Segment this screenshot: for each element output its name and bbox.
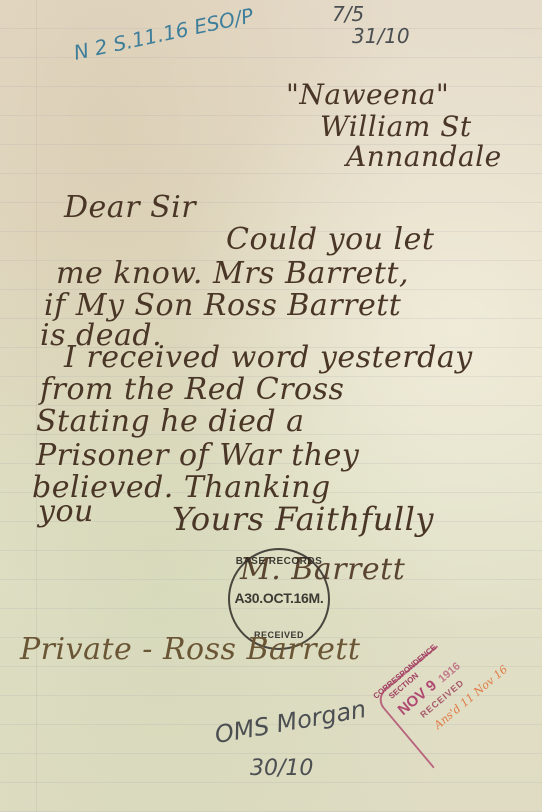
closing: Yours Faithfully	[172, 500, 434, 538]
address-house-name: "Naweena"	[286, 78, 449, 111]
stamp-top-text: BASE RECORDS	[230, 556, 328, 567]
subject-line: Private - Ross Barrett	[20, 632, 360, 667]
letter-page: N 2 S.11.16 ESO/P 7/5 31/10 "Naweena" Wi…	[0, 0, 542, 812]
blue-pencil-annotation: N 2 S.11.16 ESO/P	[72, 3, 256, 65]
stamp-date: A30.OCT.16M.	[228, 590, 330, 606]
pencil-annotation-top-line2: 31/10	[352, 24, 410, 48]
address-street: William St	[320, 110, 472, 143]
correspondence-stamp: CORRESPONDENCE SECTION NOV 91916 RECEIVE…	[372, 604, 542, 786]
body-line-1: Could you let	[226, 222, 434, 257]
body-line-2: me know. Mrs Barrett,	[56, 256, 409, 291]
pencil-annotation-bottom-line2: 30/10	[250, 756, 313, 781]
pencil-annotation-bottom-line1: OMS Morgan	[213, 695, 368, 749]
body-line-5: I received word yesterday	[64, 340, 473, 375]
body-line-6: from the Red Cross	[40, 372, 344, 407]
salutation: Dear Sir	[64, 190, 196, 225]
body-line-7: Stating he died a	[36, 404, 305, 439]
pencil-annotation-top-line1: 7/5	[332, 2, 364, 26]
body-line-10: you	[38, 494, 94, 529]
address-suburb: Annandale	[346, 140, 502, 173]
body-line-8: Prisoner of War they	[36, 438, 359, 473]
